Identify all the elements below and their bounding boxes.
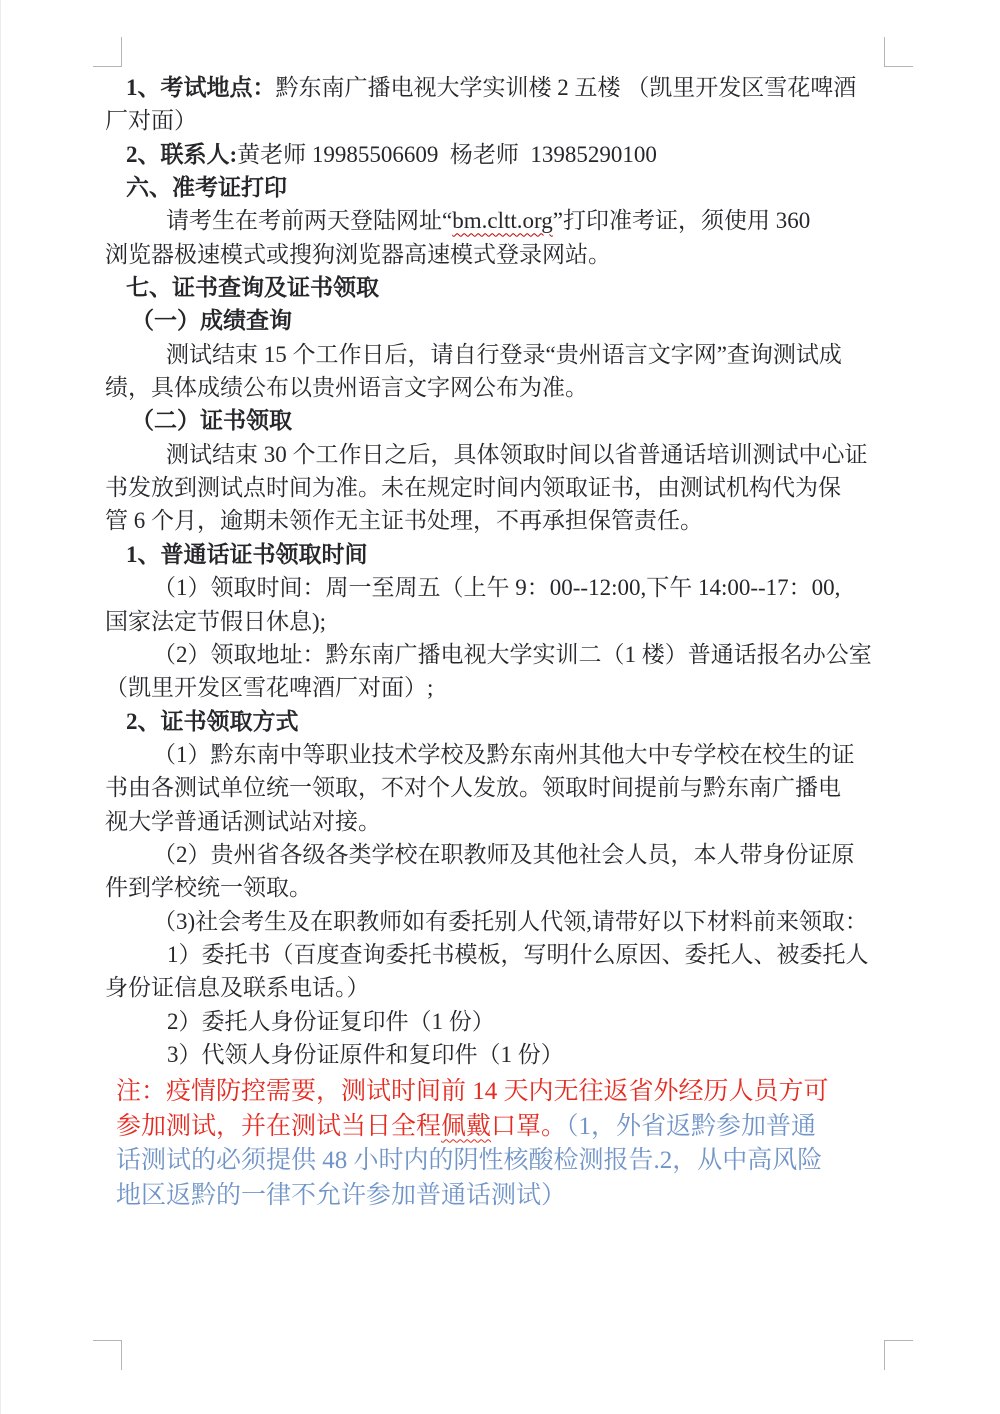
- text-line: 2）委托人身份证复印件（1 份）: [1, 1005, 1000, 1038]
- note-text-line: 地区返黔的一律不允许参加普通话测试）: [1, 1179, 1000, 1214]
- text-segment: 六、准考证打印: [126, 175, 287, 200]
- text-line: （二）证书领取: [1, 404, 1000, 437]
- text-line: 2、证书领取方式: [1, 705, 1000, 738]
- text-segment: （1）领取时间：周一至周五（上午 9：00--12:00,下午 14:00--1…: [153, 575, 840, 600]
- margin-crop-mark-bottom-right: [884, 1340, 913, 1370]
- text-segment: ”打印准考证，须使用 360: [553, 208, 810, 233]
- text-segment: （一）成绩查询: [131, 308, 292, 333]
- text-segment: 1）委托书（百度查询委托书模板，写明什么原因、委托人、被委托人: [167, 942, 869, 967]
- text-line: 书由各测试单位统一领取，不对个人发放。领取时间提前与黔东南广播电: [1, 771, 1000, 804]
- text-segment: 身份证信息及联系电话。）: [105, 975, 370, 1000]
- margin-crop-mark-top-left: [93, 37, 122, 67]
- text-segment: 2、联系人:: [126, 142, 237, 167]
- text-segment: 地区返黔的一律不允许参加普通话测试）: [116, 1182, 566, 1209]
- note-text-line: 参加测试，并在测试当日全程佩戴口罩。（1，外省返黔参加普通: [1, 1110, 1000, 1145]
- text-line: （1）黔东南中等职业技术学校及黔东南州其他大中专学校在校生的证: [1, 738, 1000, 771]
- text-segment: 参加测试，并在测试当日全程: [116, 1113, 441, 1140]
- text-segment: （1，外省返黔参加普通: [566, 1113, 816, 1140]
- text-line: 件到学校统一领取。: [1, 871, 1000, 904]
- text-segment: （2）领取地址：黔东南广播电视大学实训二（1 楼）普通话报名办公室: [153, 642, 872, 667]
- text-segment: 黔东南广播电视大学实训楼 2 五楼 （凯里开发区雪花啤酒: [276, 75, 857, 100]
- text-line: （2）贵州省各级各类学校在职教师及其他社会人员，本人带身份证原: [1, 838, 1000, 871]
- document-page: 1、考试地点：黔东南广播电视大学实训楼 2 五楼 （凯里开发区雪花啤酒厂对面）2…: [0, 0, 1000, 1414]
- text-segment: 视大学普通话测试站对接。: [105, 809, 381, 834]
- text-segment: 厂对面）: [105, 108, 197, 133]
- text-segment: 管 6 个月，逾期未领作无主证书处理，不再承担保管责任。: [105, 508, 703, 533]
- text-segment: 请考生在考前两天登陆网址“: [166, 208, 452, 233]
- text-line: 七、证书查询及证书领取: [1, 271, 1000, 304]
- text-line: 六、准考证打印: [1, 171, 1000, 204]
- text-segment: 七、证书查询及证书领取: [126, 275, 379, 300]
- text-segment: （2）贵州省各级各类学校在职教师及其他社会人员，本人带身份证原: [153, 842, 855, 867]
- note-text-layer: 注：疫情防控需要，测试时间前 14 天内无往返省外经历人员方可参加测试，并在测试…: [1, 1075, 1000, 1213]
- text-line: 管 6 个月，逾期未领作无主证书处理，不再承担保管责任。: [1, 504, 1000, 537]
- text-segment: （凯里开发区雪花啤酒厂对面）;: [105, 675, 433, 700]
- text-line: （1）领取时间：周一至周五（上午 9：00--12:00,下午 14:00--1…: [1, 571, 1000, 604]
- text-segment: （3)社会考生及在职教师如有委托别人代领,请带好以下材料前来领取：: [153, 909, 868, 934]
- note-text-line: 话测试的必须提供 48 小时内的阴性核酸检测报告.2，从中高风险: [1, 1144, 1000, 1179]
- text-segment: （二）证书领取: [131, 408, 292, 433]
- margin-crop-mark-bottom-left: [93, 1340, 122, 1370]
- text-line: 请考生在考前两天登陆网址“bm.cltt.org”打印准考证，须使用 360: [1, 204, 1000, 237]
- text-segment: 书发放到测试点时间为准。未在规定时间内领取证书，由测试机构代为保: [105, 475, 841, 500]
- text-segment: 绩，具体成绩公布以贵州语言文字网公布为准。: [105, 375, 588, 400]
- text-line: （凯里开发区雪花啤酒厂对面）;: [1, 671, 1000, 704]
- text-line: 3）代领人身份证原件和复印件（1 份）: [1, 1038, 1000, 1071]
- text-segment: 口罩。: [491, 1113, 566, 1140]
- text-segment: 浏览器极速模式或搜狗浏览器高速模式登录网站。: [105, 242, 611, 267]
- text-segment: 注：疫情防控需要，测试时间前 14 天内无往返省外经历人员方可: [116, 1078, 829, 1105]
- text-segment: 1、普通话证书领取时间: [126, 542, 368, 567]
- text-segment: 黄老师 19985506609 杨老师 13985290100: [237, 142, 657, 167]
- spellcheck-underlined-text: bm.cltt.org: [452, 208, 553, 233]
- text-segment: 1、考试地点：: [126, 75, 276, 100]
- text-line: 书发放到测试点时间为准。未在规定时间内领取证书，由测试机构代为保: [1, 471, 1000, 504]
- text-line: 绩，具体成绩公布以贵州语言文字网公布为准。: [1, 371, 1000, 404]
- body-text-layer: 1、考试地点：黔东南广播电视大学实训楼 2 五楼 （凯里开发区雪花啤酒厂对面）2…: [1, 71, 1000, 1071]
- text-line: 测试结束 30 个工作日之后，具体领取时间以省普通话培训测试中心证: [1, 438, 1000, 471]
- text-line: 身份证信息及联系电话。）: [1, 971, 1000, 1004]
- margin-crop-mark-top-right: [884, 37, 913, 67]
- text-segment: 国家法定节假日休息);: [105, 609, 326, 634]
- text-segment: 2）委托人身份证复印件（1 份）: [167, 1009, 495, 1034]
- text-segment: 书由各测试单位统一领取，不对个人发放。领取时间提前与黔东南广播电: [105, 775, 841, 800]
- note-text-line: 注：疫情防控需要，测试时间前 14 天内无往返省外经历人员方可: [1, 1075, 1000, 1110]
- text-line: 1）委托书（百度查询委托书模板，写明什么原因、委托人、被委托人: [1, 938, 1000, 971]
- text-segment: 3）代领人身份证原件和复印件（1 份）: [167, 1042, 564, 1067]
- text-segment: 话测试的必须提供 48 小时内的阴性核酸检测报告.2，从中高风险: [116, 1147, 822, 1174]
- text-segment: （1）黔东南中等职业技术学校及黔东南州其他大中专学校在校生的证: [153, 742, 855, 767]
- text-segment: 测试结束 30 个工作日之后，具体领取时间以省普通话培训测试中心证: [166, 442, 868, 467]
- text-line: 2、联系人:黄老师 19985506609 杨老师 13985290100: [1, 138, 1000, 171]
- text-line: 测试结束 15 个工作日后，请自行登录“贵州语言文字网”查询测试成: [1, 338, 1000, 371]
- text-segment: 件到学校统一领取。: [105, 875, 312, 900]
- text-line: 1、考试地点：黔东南广播电视大学实训楼 2 五楼 （凯里开发区雪花啤酒: [1, 71, 1000, 104]
- text-line: 视大学普通话测试站对接。: [1, 805, 1000, 838]
- text-line: （一）成绩查询: [1, 304, 1000, 337]
- text-line: 国家法定节假日休息);: [1, 605, 1000, 638]
- text-line: 厂对面）: [1, 104, 1000, 137]
- text-segment: 2、证书领取方式: [126, 709, 299, 734]
- text-line: 浏览器极速模式或搜狗浏览器高速模式登录网站。: [1, 238, 1000, 271]
- text-segment: 测试结束 15 个工作日后，请自行登录“贵州语言文字网”查询测试成: [166, 342, 842, 367]
- text-line: 1、普通话证书领取时间: [1, 538, 1000, 571]
- text-line: （3)社会考生及在职教师如有委托别人代领,请带好以下材料前来领取：: [1, 905, 1000, 938]
- spellcheck-underlined-text: 佩戴: [441, 1113, 491, 1140]
- text-line: （2）领取地址：黔东南广播电视大学实训二（1 楼）普通话报名办公室: [1, 638, 1000, 671]
